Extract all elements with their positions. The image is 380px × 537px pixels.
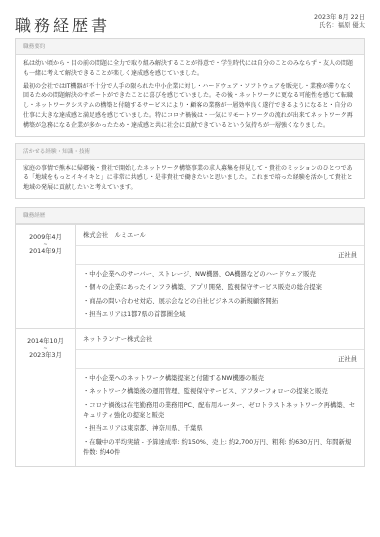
company-name: ネットランナー株式会社 xyxy=(76,329,364,350)
duty-item: ・中小企業へのネットワーク構築提案と付随するNW機器の販売 xyxy=(83,374,357,384)
duty-item: ・コロナ禍後は在宅勤務用の業務用PC、配布用ルーター、ゼロトラストネットワーク再… xyxy=(83,401,357,422)
document-title: 職務経歴書 xyxy=(15,13,110,36)
duty-item: ・在職中の平均実績 - 予算達成率: 約150%、売上: 約2,700万円、粗利… xyxy=(83,438,357,459)
period-end: 2014年9月 xyxy=(16,247,75,257)
employment-type: 正社員 xyxy=(76,350,364,369)
company-name: 株式会社 ルミエール xyxy=(76,225,364,246)
document-header: 職務経歴書 2023年 8月 22日 氏名：福原 優太 xyxy=(15,0,365,38)
skills-paragraph: 家庭の事情で熊本に帰郷後・貴社で開始したネットワーク構築事業の求人募集を拝見して… xyxy=(23,164,357,193)
summary-body: 私は幼い頃から・目の前の問題に全力で取り組み解決することが得意で・学生時代には自… xyxy=(16,55,364,136)
career-entry: 2014年10月 ~ 2023年3月 ネットランナー株式会社 正社員 ・中小企業… xyxy=(16,328,364,466)
applicant-name: 氏名：福原 優太 xyxy=(314,22,365,30)
duty-list: ・中小企業へのサーバー、ストレージ、NW機器、OA機器などのハードウェア販売 ・… xyxy=(76,265,364,328)
duty-item: ・個々の企業にあったインフラ構築、アプリ開発、監視保守サービス販売の総合提案 xyxy=(83,283,357,293)
summary-paragraph: 最初の会社ではIT機器が不十分で人手の限られた中小企業に対し・ハードウェア・ソフ… xyxy=(23,82,357,131)
duty-item: ・中小企業へのサーバー、ストレージ、NW機器、OA機器などのハードウェア販売 xyxy=(83,270,357,280)
summary-paragraph: 私は幼い頃から・目の前の問題に全力で取り組み解決することが得意で・学生時代には自… xyxy=(23,59,357,79)
summary-section: 職務要約 私は幼い頃から・目の前の問題に全力で取り組み解決することが得意で・学生… xyxy=(15,38,365,137)
resume-page: 職務経歴書 2023年 8月 22日 氏名：福原 優太 職務要約 私は幼い頃から… xyxy=(15,0,365,473)
career-period: 2014年10月 ~ 2023年3月 xyxy=(16,329,76,466)
career-detail: ネットランナー株式会社 正社員 ・中小企業へのネットワーク構築提案と付随するNW… xyxy=(76,329,364,466)
skills-body: 家庭の事情で熊本に帰郷後・貴社で開始したネットワーク構築事業の求人募集を拝見して… xyxy=(16,160,364,198)
career-detail: 株式会社 ルミエール 正社員 ・中小企業へのサーバー、ストレージ、NW機器、OA… xyxy=(76,225,364,328)
career-section: 職務経歴 2009年4月 ~ 2014年9月 株式会社 ルミエール 正社員 ・中… xyxy=(15,207,365,467)
document-date: 2023年 8月 22日 xyxy=(314,14,365,22)
career-heading: 職務経歴 xyxy=(16,208,364,224)
career-period: 2009年4月 ~ 2014年9月 xyxy=(16,225,76,328)
employment-type: 正社員 xyxy=(76,246,364,265)
duty-item: ・担当エリアは1都7県の首都圏全域 xyxy=(83,310,357,320)
skills-section: 活かせる経験・知識・技術 家庭の事情で熊本に帰郷後・貴社で開始したネットワーク構… xyxy=(15,143,365,199)
duty-item: ・ネットワーク構築後の運用管理、監視保守サービス、アフターフォローの提案と販売 xyxy=(83,387,357,397)
duty-item: ・商品の問い合わせ対応、展示会などの自社ビジネスの新規顧客開拓 xyxy=(83,297,357,307)
summary-heading: 職務要約 xyxy=(16,39,364,55)
skills-heading: 活かせる経験・知識・技術 xyxy=(16,144,364,160)
duty-item: ・担当エリアは東京都、神奈川県、千葉県 xyxy=(83,424,357,434)
document-meta: 2023年 8月 22日 氏名：福原 優太 xyxy=(314,14,365,30)
period-end: 2023年3月 xyxy=(16,351,75,361)
career-entry: 2009年4月 ~ 2014年9月 株式会社 ルミエール 正社員 ・中小企業への… xyxy=(16,224,364,328)
duty-list: ・中小企業へのネットワーク構築提案と付随するNW機器の販売 ・ネットワーク構築後… xyxy=(76,369,364,466)
